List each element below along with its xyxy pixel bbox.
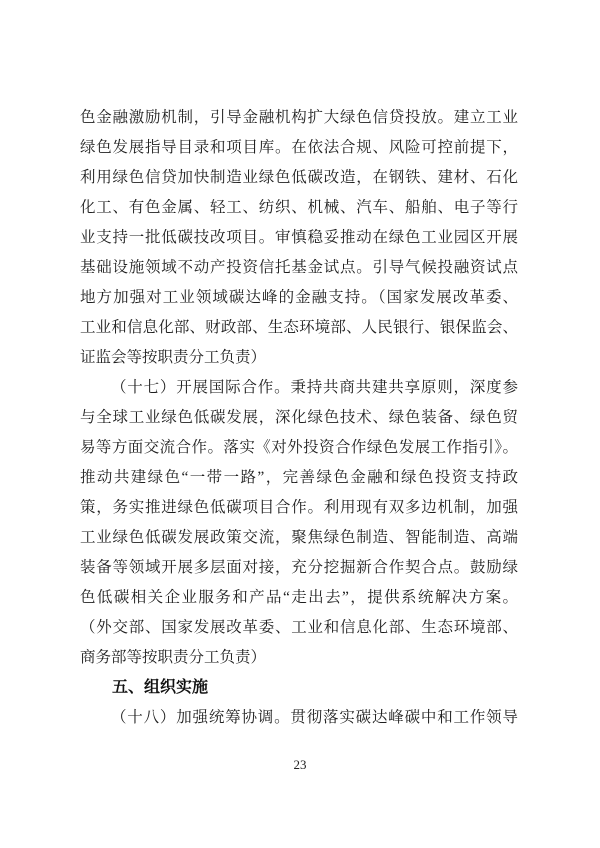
text-line: 与全球工业绿色低碳发展，深化绿色技术、绿色装备、绿色贸: [80, 403, 518, 433]
page-number: 23: [0, 755, 600, 775]
text-line: 化工、有色金属、轻工、纺织、机械、汽车、船舶、电子等行: [80, 193, 518, 223]
text-line: 工业绿色低碳发展政策交流，聚焦绿色制造、智能制造、高端: [80, 523, 518, 553]
text-line: 色低碳相关企业服务和产品“走出去”，提供系统解决方案。: [80, 583, 518, 613]
text-line: 业支持一批低碳技改项目。审慎稳妥推动在绿色工业园区开展: [80, 223, 518, 253]
text-line-paragraph-start: （十七）开展国际合作。秉持共商共建共享原则，深度参: [80, 373, 518, 403]
text-line-paragraph-start: （十八）加强统筹协调。贯彻落实碳达峰碳中和工作领导: [80, 703, 518, 733]
text-line: 易等方面交流合作。落实《对外投资合作绿色发展工作指引》。: [80, 433, 518, 463]
text-line: 地方加强对工业领域碳达峰的金融支持。（国家发展改革委、: [80, 283, 518, 313]
text-line: 利用绿色信贷加快制造业绿色低碳改造，在钢铁、建材、石化: [80, 163, 518, 193]
text-line: 商务部等按职责分工负责）: [80, 643, 518, 673]
text-line: 推动共建绿色“一带一路”，完善绿色金融和绿色投资支持政: [80, 463, 518, 493]
text-line: 工业和信息化部、财政部、生态环境部、人民银行、银保监会、: [80, 313, 518, 343]
text-line: 证监会等按职责分工负责）: [80, 343, 518, 373]
text-line: 基础设施领域不动产投资信托基金试点。引导气候投融资试点: [80, 253, 518, 283]
text-line: 策，务实推进绿色低碳项目合作。利用现有双多边机制，加强: [80, 493, 518, 523]
text-line: 绿色发展指导目录和项目库。在依法合规、风险可控前提下，: [80, 133, 518, 163]
text-line: 装备等领域开展多层面对接，充分挖掘新合作契合点。鼓励绿: [80, 553, 518, 583]
document-body: 色金融激励机制，引导金融机构扩大绿色信贷投放。建立工业 绿色发展指导目录和项目库…: [80, 103, 518, 733]
document-page: 色金融激励机制，引导金融机构扩大绿色信贷投放。建立工业 绿色发展指导目录和项目库…: [0, 0, 600, 848]
text-line: 色金融激励机制，引导金融机构扩大绿色信贷投放。建立工业: [80, 103, 518, 133]
text-line: （外交部、国家发展改革委、工业和信息化部、生态环境部、: [80, 613, 518, 643]
section-heading: 五、组织实施: [80, 673, 518, 703]
